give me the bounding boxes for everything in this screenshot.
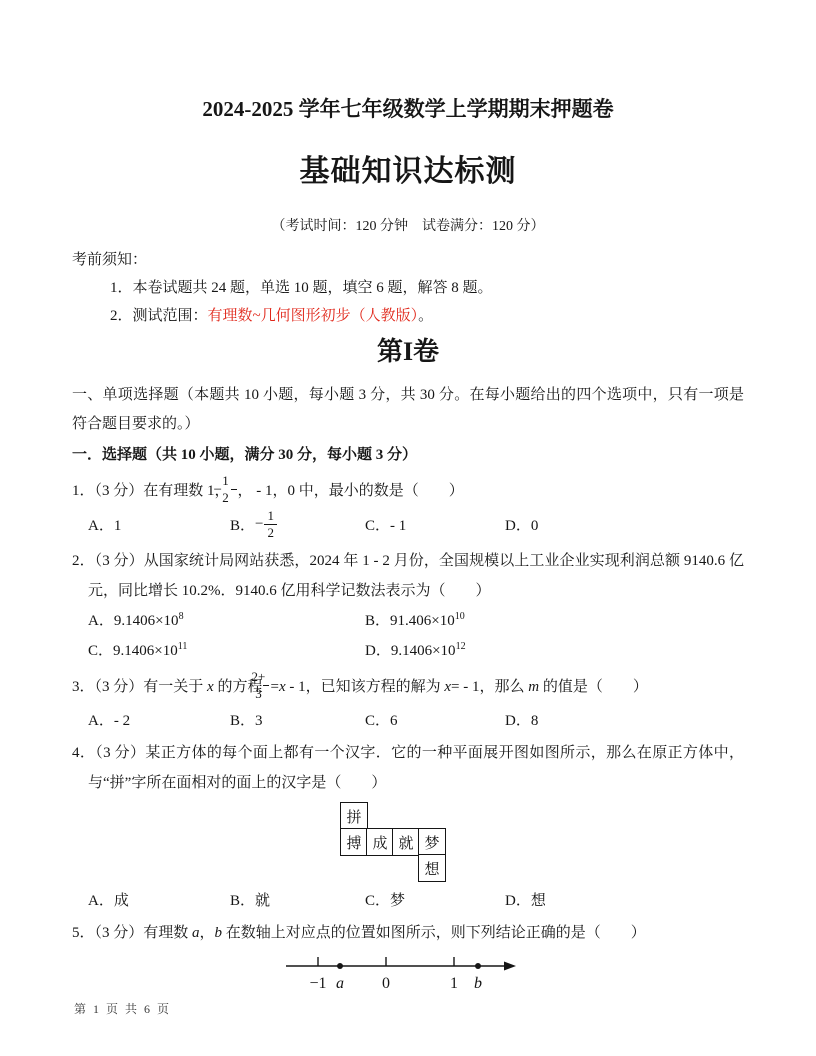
q1-option-d: D．0 <box>505 511 744 543</box>
q1-option-c-text: - 1 <box>390 518 406 534</box>
net-cell-row-3: 就 <box>392 828 420 856</box>
point-b-dot <box>475 963 481 969</box>
q3-text-6: 的值是（ ） <box>539 679 648 695</box>
q2-option-c-label: C． <box>88 643 113 659</box>
question-2-options-row-2: C．9.1406×1011 D．9.1406×1012 <box>72 636 744 666</box>
question-2-stem: 2．（3 分）从国家统计局网站获悉，2024 年 1 - 2 月份，全国规模以上… <box>72 546 744 606</box>
q3-option-b-text: 3 <box>255 713 263 729</box>
net-cell-row-2: 成 <box>366 828 394 856</box>
q3-frac-numerator: 2+ <box>263 670 269 686</box>
question-4-stem: 4．（3 分）某正方体的每个面上都有一个汉字．它的一种平面展开图如图所示，那么在… <box>72 738 744 798</box>
number-line-figure: −1 a 0 1 b <box>284 950 519 998</box>
q3-option-b-label: B． <box>230 713 255 729</box>
q3-text-4: - 1，已知该方程的解为 <box>286 679 445 695</box>
footer-page-number: 第 1 页 共 6 页 <box>74 1000 171 1017</box>
q3-text-3: = <box>270 679 278 695</box>
q4-option-a-label: A． <box>88 893 114 909</box>
q3-fraction: 2+3 <box>263 670 269 702</box>
q5-text-2: ， <box>200 925 215 941</box>
notice-item-2: 2．测试范围：有理数~几何图形初步（人教版）。 <box>72 305 744 327</box>
q4-number: 4． <box>72 745 95 761</box>
q4-option-b: B．就 <box>230 886 365 916</box>
q3-option-c-text: 6 <box>390 713 398 729</box>
number-line-arrowhead <box>504 962 516 971</box>
q2-option-a-base: 9.1406×10 <box>114 613 179 629</box>
label-one: 1 <box>450 975 458 992</box>
q4-option-a: A．成 <box>88 886 230 916</box>
q2-number: 2． <box>72 553 95 569</box>
q4-option-d-text: 想 <box>531 893 546 909</box>
question-3-options: A．- 2 B．3 C．6 D．8 <box>72 706 744 736</box>
label-neg-1: −1 <box>309 975 326 992</box>
q2-option-a: A．9.1406×108 <box>88 606 365 636</box>
q1-frac-numerator: 1 <box>231 474 237 490</box>
label-b: b <box>474 975 482 992</box>
notice-item-2-scope: 有理数~几何图形初步（人教版） <box>208 308 419 324</box>
question-3-stem: 3．（3 分）有一关于 x 的方程2+3=x - 1，已知该方程的解为 x= -… <box>72 668 744 706</box>
q2-option-d-base: 9.1406×10 <box>391 643 456 659</box>
net-cell-row-1: 搏 <box>340 828 368 856</box>
q2-option-b-exponent: 10 <box>455 611 465 622</box>
q1-text-pre: （3 分）在有理数 1， <box>95 483 230 499</box>
cube-net-figure: 拼 搏 成 就 梦 想 <box>340 802 446 882</box>
q1-option-d-label: D． <box>505 518 531 534</box>
q1-frac-denominator: 2 <box>231 490 237 505</box>
q2-option-a-exponent: 8 <box>179 611 184 622</box>
notice-item-2-suffix: 。 <box>418 308 433 324</box>
q5-text-3: 在数轴上对应点的位置如图所示，则下列结论正确的是（ ） <box>222 925 646 941</box>
q4-text: （3 分）某正方体的每个面上都有一个汉字．它的一种平面展开图如图所示，那么在原正… <box>88 745 744 791</box>
q2-option-d-label: D． <box>365 643 391 659</box>
q3-text-1: （3 分）有一关于 <box>95 679 208 695</box>
label-zero: 0 <box>382 975 390 992</box>
page-title: 2024-2025 学年七年级数学上学期期末押题卷 <box>72 96 744 123</box>
notice-item-1: 1．本卷试题共 24 题，单选 10 题，填空 6 题，解答 8 题。 <box>72 277 744 299</box>
q3-option-a-text: - 2 <box>114 713 130 729</box>
exam-subtitle: 基础知识达标测 <box>72 155 744 189</box>
exam-info: （考试时间：120 分钟 试卷满分：120 分） <box>72 217 744 237</box>
q1-option-b-denominator: 2 <box>264 525 277 540</box>
q3-option-d-label: D． <box>505 713 531 729</box>
label-a: a <box>336 975 344 992</box>
q5-text-1: （3 分）有理数 <box>95 925 193 941</box>
q2-option-d: D．9.1406×1012 <box>365 636 744 666</box>
q3-option-b: B．3 <box>230 706 365 736</box>
q1-option-b-numerator: 1 <box>264 509 277 525</box>
q2-option-c: C．9.1406×1011 <box>88 636 365 666</box>
q2-text: （3 分）从国家统计局网站获悉，2024 年 1 - 2 月份，全国规模以上工业… <box>88 553 744 599</box>
q1-option-b: B．−12 <box>230 511 365 543</box>
notice-heading: 考前须知： <box>72 249 744 271</box>
q1-option-c-label: C． <box>365 518 390 534</box>
q3-var-x2: x <box>279 679 286 695</box>
q3-frac-denominator: 3 <box>263 686 269 701</box>
q1-fraction: 12 <box>231 474 237 506</box>
q2-option-d-exponent: 12 <box>456 641 466 652</box>
q2-option-b-label: B． <box>365 613 390 629</box>
q1-text-post: ， - 1，0 中，最小的数是（ ） <box>238 483 464 499</box>
q5-number: 5． <box>72 925 95 941</box>
notice-block: 考前须知： 1．本卷试题共 24 题，单选 10 题，填空 6 题，解答 8 题… <box>72 249 744 327</box>
q1-option-d-text: 0 <box>531 518 539 534</box>
q2-option-b-base: 91.406×10 <box>390 613 455 629</box>
question-1-stem: 1．（3 分）在有理数 1，−12， - 1，0 中，最小的数是（ ） <box>72 472 744 511</box>
question-4-options: A．成 B．就 C．梦 D．想 <box>72 886 744 916</box>
q1-option-a-label: A． <box>88 518 114 534</box>
q1-option-b-fraction: 12 <box>264 509 277 541</box>
part-title: 第I卷 <box>72 335 744 369</box>
section-subhead: 一．选择题（共 10 小题，满分 30 分，每小题 3 分） <box>72 441 744 470</box>
net-cell-top: 拼 <box>340 802 368 830</box>
q3-option-a-label: A． <box>88 713 114 729</box>
q4-option-d-label: D． <box>505 893 531 909</box>
q2-option-b: B．91.406×1010 <box>365 606 744 636</box>
exam-page: 2024-2025 学年七年级数学上学期期末押题卷 基础知识达标测 （考试时间：… <box>0 0 816 1056</box>
q2-option-a-label: A． <box>88 613 114 629</box>
q3-option-a: A．- 2 <box>88 706 230 736</box>
q3-option-d: D．8 <box>505 706 744 736</box>
net-cell-bottom: 想 <box>418 854 446 882</box>
net-cell-row-4: 梦 <box>418 828 446 856</box>
notice-item-2-prefix: 2．测试范围： <box>110 308 208 324</box>
q4-option-c: C．梦 <box>365 886 505 916</box>
q1-option-a: A．1 <box>88 511 230 543</box>
q4-option-b-text: 就 <box>255 893 270 909</box>
q3-var-x1: x <box>207 679 214 695</box>
page-content: 2024-2025 学年七年级数学上学期期末押题卷 基础知识达标测 （考试时间：… <box>0 0 816 1003</box>
q4-option-c-text: 梦 <box>390 893 405 909</box>
q3-text-5: = - 1，那么 <box>451 679 528 695</box>
q4-option-d: D．想 <box>505 886 744 916</box>
q2-option-c-exponent: 11 <box>178 641 188 652</box>
section-intro: 一、单项选择题（本题共 10 小题，每小题 3 分，共 30 分。在每小题给出的… <box>72 381 744 439</box>
q1-option-c: C．- 1 <box>365 511 505 543</box>
q1-option-b-label: B． <box>230 518 255 534</box>
q5-var-b: b <box>215 925 223 941</box>
q3-option-d-text: 8 <box>531 713 539 729</box>
question-5-stem: 5．（3 分）有理数 a，b 在数轴上对应点的位置如图所示，则下列结论正确的是（… <box>72 918 744 948</box>
q1-option-a-text: 1 <box>114 518 122 534</box>
question-1-options: A．1 B．−12 C．- 1 D．0 <box>72 511 744 543</box>
q4-option-c-label: C． <box>365 893 390 909</box>
q3-number: 3． <box>72 679 95 695</box>
q3-option-c: C．6 <box>365 706 505 736</box>
q3-option-c-label: C． <box>365 713 390 729</box>
q2-option-c-base: 9.1406×10 <box>113 643 178 659</box>
q3-var-m: m <box>528 679 539 695</box>
q4-option-b-label: B． <box>230 893 255 909</box>
q4-option-a-text: 成 <box>114 893 129 909</box>
q1-option-b-sign: − <box>255 509 263 539</box>
point-a-dot <box>337 963 343 969</box>
question-2-options-row-1: A．9.1406×108 B．91.406×1010 <box>72 606 744 636</box>
q5-var-a: a <box>192 925 200 941</box>
q1-number: 1． <box>72 483 95 499</box>
